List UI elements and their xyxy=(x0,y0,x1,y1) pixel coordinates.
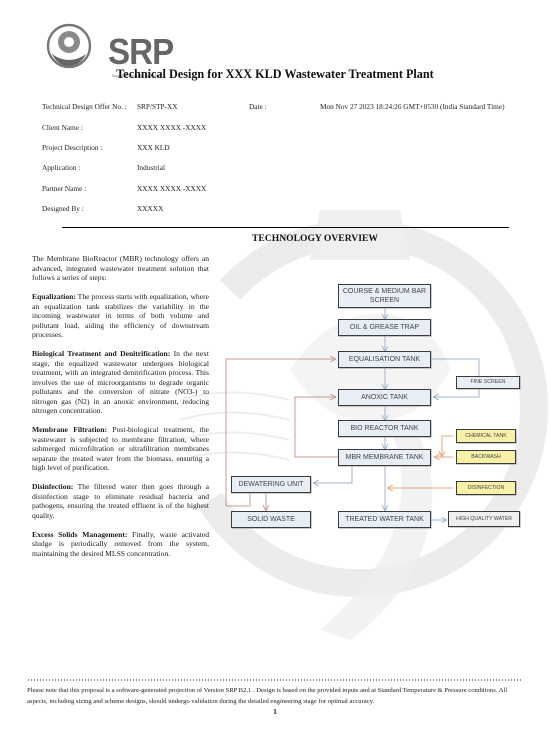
node-chemical-tank: CHEMICAL TANK xyxy=(456,429,516,443)
overview-intro: The Membrane BioReactor (MBR) technology… xyxy=(32,254,209,283)
node-solid-waste: SOLID WASTE xyxy=(231,511,311,528)
designed-by-value: XXXXX xyxy=(137,204,163,213)
node-treated-water-tank: TREATED WATER TANK xyxy=(338,511,431,528)
application-label: Application : xyxy=(42,163,80,172)
offer-no-value: SRP/STP-XX xyxy=(137,102,178,111)
logo-emblem-icon xyxy=(38,20,108,72)
node-bar-screen: COURSE & MEDIUM BAR SCREEN xyxy=(338,284,431,308)
footer-dotted-divider xyxy=(27,679,523,681)
disclaimer-note: Please note that this proposal is a soft… xyxy=(27,686,527,707)
node-bio-reactor-tank: BIO REACTOR TANK xyxy=(338,420,431,437)
step-heading: Excess Solids Management: xyxy=(32,530,127,539)
date-label: Date : xyxy=(249,102,267,111)
overview-text: The Membrane BioReactor (MBR) technology… xyxy=(32,254,209,568)
node-anoxic-tank: ANOXIC TANK xyxy=(338,389,431,406)
section-divider xyxy=(62,227,509,228)
project-description-label: Project Description : xyxy=(42,143,102,152)
technology-overview-heading: TECHNOLOGY OVERVIEW xyxy=(0,233,550,244)
step-heading: Disinfection: xyxy=(32,482,73,491)
step-paragraph: Disinfection: The filtered water then go… xyxy=(32,482,209,520)
logo-brand-text: SRP xyxy=(108,34,173,70)
date-value: Mon Nov 27 2023 18:24:26 GMT+0530 (India… xyxy=(320,102,505,111)
client-name-value: XXXX XXXX -XXXX xyxy=(137,123,206,132)
offer-no-label: Technical Design Offer No. : xyxy=(42,102,127,111)
step-paragraph: Membrane Filtration: Post-biological tre… xyxy=(32,425,209,473)
step-heading: Membrane Filtration: xyxy=(32,425,107,434)
step-text: In the next stage, the equalized wastewa… xyxy=(32,349,209,415)
step-paragraph: Biological Treatment and Denitrification… xyxy=(32,349,209,416)
designed-by-label: Designed By : xyxy=(42,204,84,213)
partner-name-value: XXXX XXXX -XXXX xyxy=(137,184,206,193)
page-number: 1 xyxy=(0,708,550,716)
node-backwash: BACKWASH xyxy=(456,450,516,464)
project-description-value: XXX KLD xyxy=(137,143,170,152)
step-paragraph: Equalization: The process starts with eq… xyxy=(32,292,209,340)
node-high-quality-water: HIGH QUALITY WATER xyxy=(448,511,520,527)
step-heading: Biological Treatment and Denitrification… xyxy=(32,349,170,358)
node-fine-screen: FINE SCREEN xyxy=(456,376,520,389)
node-oil-grease-trap: OIL & GREASE TRAP xyxy=(338,319,431,336)
step-heading: Equalization: xyxy=(32,292,76,301)
client-name-label: Client Name : xyxy=(42,123,83,132)
node-equalisation-tank: EQUALISATION TANK xyxy=(338,351,431,368)
node-dewatering-unit: DEWATERING UNIT xyxy=(231,476,311,493)
document-title: Technical Design for XXX KLD Wastewater … xyxy=(0,67,550,82)
step-paragraph: Excess Solids Management: Finally, waste… xyxy=(32,530,209,559)
node-disinfection: DISINFECTION xyxy=(456,481,516,495)
srp-logo: SRP Separation Recovery Purification xyxy=(38,20,148,70)
node-mbr-membrane-tank: MBR MEMBRANE TANK xyxy=(338,449,431,466)
application-value: Industrial xyxy=(137,163,165,172)
partner-name-label: Partner Name : xyxy=(42,184,86,193)
